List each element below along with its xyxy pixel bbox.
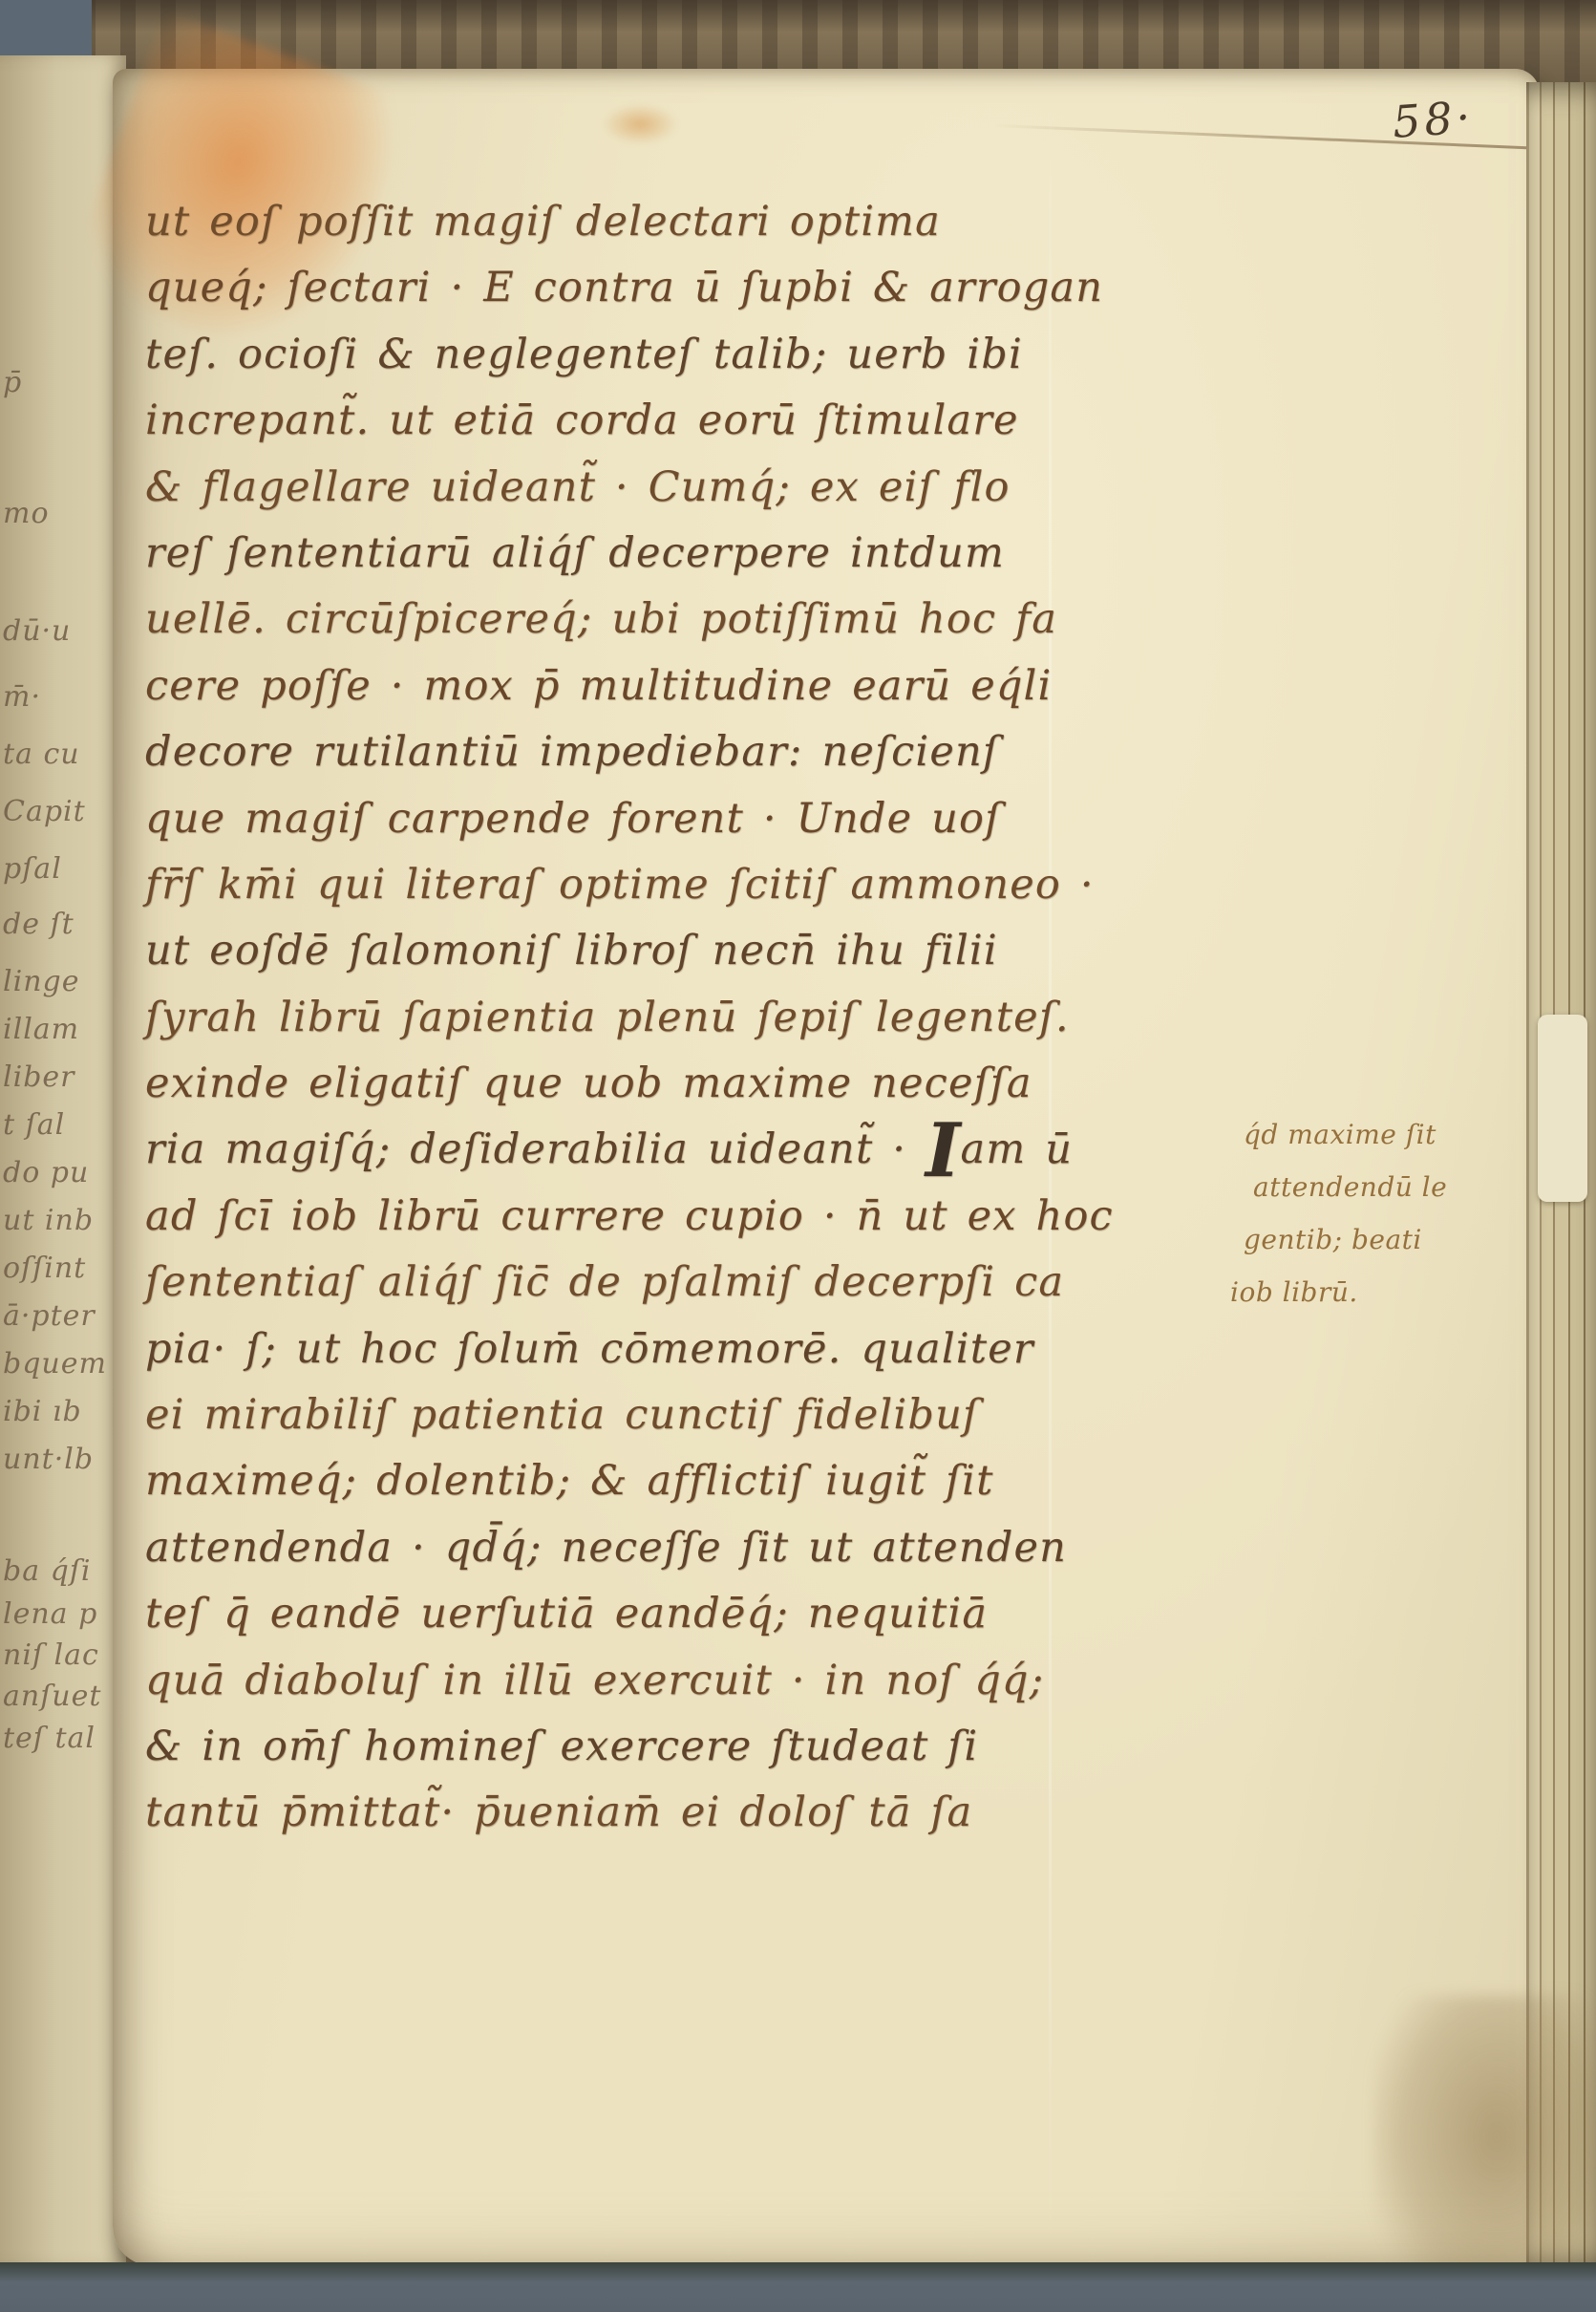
gutter-fragment-text: ut inb <box>3 1204 114 1237</box>
gutter-fragment-text: ibi ıb <box>3 1395 114 1428</box>
manuscript-line: exinde eligatiſ que uob maxime neceſſa <box>145 1051 1272 1117</box>
gutter-fragment-text: ā·pter <box>3 1299 114 1333</box>
manuscript-line: tantū p̄mittat̃· p̄ueniam̄ ei doloſ tā ſ… <box>145 1780 1272 1846</box>
manuscript-line: cere poſſe · mox p̄ multitudine earū eq́… <box>145 653 1272 719</box>
scanner-background-corner <box>0 0 92 55</box>
main-text-block: ut eoſ poſſit magiſ delectari optima que… <box>145 189 1272 1847</box>
gutter-fragment-text: dū·u <box>3 614 114 648</box>
gutter-fragment-text: do pu <box>3 1156 114 1189</box>
manuscript-line: ut eoſdē ſalomoniſ libroſ necn̄ ihu fili… <box>145 918 1272 984</box>
gutter-previous-page: p̄modū·um̄·ta cuCapitpſalde ſtlingeillam… <box>0 55 126 2266</box>
gutter-fragment-text: oſſint <box>3 1252 114 1285</box>
gutter-fragment-text: niſ lac <box>3 1638 114 1672</box>
gutter-fragment-text: Capit <box>3 795 114 828</box>
gutter-fragment-text: m̄· <box>3 680 114 714</box>
pen-initial-I: I <box>926 1107 961 1194</box>
manuscript-line: ſententiaſ aliq́ſ ſic̄ de pſalmiſ decerp… <box>145 1250 1272 1316</box>
manuscript-line: pia· ſ; ut hoc ſolum̄ cōmemorē. qualiter <box>145 1317 1272 1382</box>
gutter-fragment-text: p̄ <box>3 366 114 399</box>
gutter-fragment-text: teſ tal <box>3 1722 114 1755</box>
gloss-line: q́d maxime ſit <box>1230 1108 1555 1161</box>
scanner-background-bottom <box>0 2262 1596 2312</box>
manuscript-line: uellē. circūſpicereq́; ubi potiſſimū hoc… <box>145 587 1272 653</box>
manuscript-line: & in om̄ſ homineſ exercere ſtudeat ſi <box>145 1714 1272 1780</box>
gutter-fragment-text: unt·lb <box>3 1443 114 1476</box>
manuscript-line: decore rutilantiū impediebar: neſcienſ <box>145 719 1272 785</box>
manuscript-line: & flagellare uideant̃ · Cumq́; ex eiſ fl… <box>145 455 1272 521</box>
manuscript-line: ſyrah librū ſapientia plenū ſepiſ legent… <box>145 985 1272 1051</box>
gutter-fragment-text: de ſt <box>3 908 114 941</box>
gutter-fragment-text: ta cu <box>3 738 114 771</box>
gutter-fragment-text: illam <box>3 1013 114 1046</box>
gutter-fragment-text: anſuet <box>3 1680 114 1713</box>
manuscript-line: quā diaboluſ in illū exercuit · in noſ q… <box>145 1648 1272 1714</box>
small-orange-stain <box>602 103 678 145</box>
manuscript-line: ei mirabiliſ patientia cunctiſ fidelibuſ <box>145 1382 1272 1448</box>
manuscript-line: que magiſ carpende forent · Unde uoſ <box>145 786 1272 852</box>
fore-edge-light-tab <box>1538 1015 1587 1202</box>
line-text-after-initial: am ū <box>961 1125 1074 1173</box>
gutter-fragment-text: bquem <box>3 1347 114 1381</box>
manuscript-line: increpant̃. ut etiā corda eorū ſtimulare <box>145 388 1272 454</box>
marginal-gloss: q́d maxime ſit attendendū le gentib; bea… <box>1230 1108 1555 1318</box>
manuscript-line: attendenda · qd̄q́; neceſſe ſit ut atten… <box>145 1515 1272 1581</box>
gutter-fragment-text: linge <box>3 965 114 998</box>
manuscript-line: teſ q̄ eandē uerſutiā eandēq́; nequitiā <box>145 1581 1272 1647</box>
gutter-fragment-text: ba q́ſi <box>3 1554 114 1588</box>
gutter-fragment-text: mo <box>3 497 114 530</box>
manuscript-line: maximeq́; dolentib; & afflictiſ iugit̃ ſ… <box>145 1448 1272 1514</box>
manuscript-line: fr̄ſ km̄i qui literaſ optime ſcitiſ ammo… <box>145 852 1272 918</box>
manuscript-line: ad ſcī iob librū currere cupio · n̄ ut e… <box>145 1184 1272 1250</box>
manuscript-line: queq́; ſectari · E contra ū ſupbi & arro… <box>145 255 1272 321</box>
line-text: ria magiſq́; deſiderabilia uideant̃ · <box>145 1125 906 1173</box>
manuscript-line: ut eoſ poſſit magiſ delectari optima <box>145 189 1272 255</box>
manuscript-scan: p̄modū·um̄·ta cuCapitpſalde ſtlingeillam… <box>0 0 1596 2312</box>
gloss-line: gentib; beati <box>1230 1213 1555 1266</box>
gutter-fragment-text: liber <box>3 1060 114 1094</box>
folio-number: 58· <box>1391 91 1476 148</box>
gutter-fragment-text: lena p <box>3 1597 114 1631</box>
gloss-line: iob librū. <box>1230 1266 1555 1318</box>
manuscript-line: teſ. ocioſi & neglegenteſ talib; uerb ib… <box>145 322 1272 388</box>
gutter-fragment-text: pſal <box>3 852 114 886</box>
manuscript-line-with-initial: ria magiſq́; deſiderabilia uideant̃ · Ia… <box>145 1117 1272 1183</box>
gloss-line: attendendū le <box>1230 1161 1555 1213</box>
gutter-fragment-text: t ſal <box>3 1108 114 1142</box>
manuscript-line: reſ ſententiarū aliq́ſ decerpere intdum <box>145 521 1272 587</box>
